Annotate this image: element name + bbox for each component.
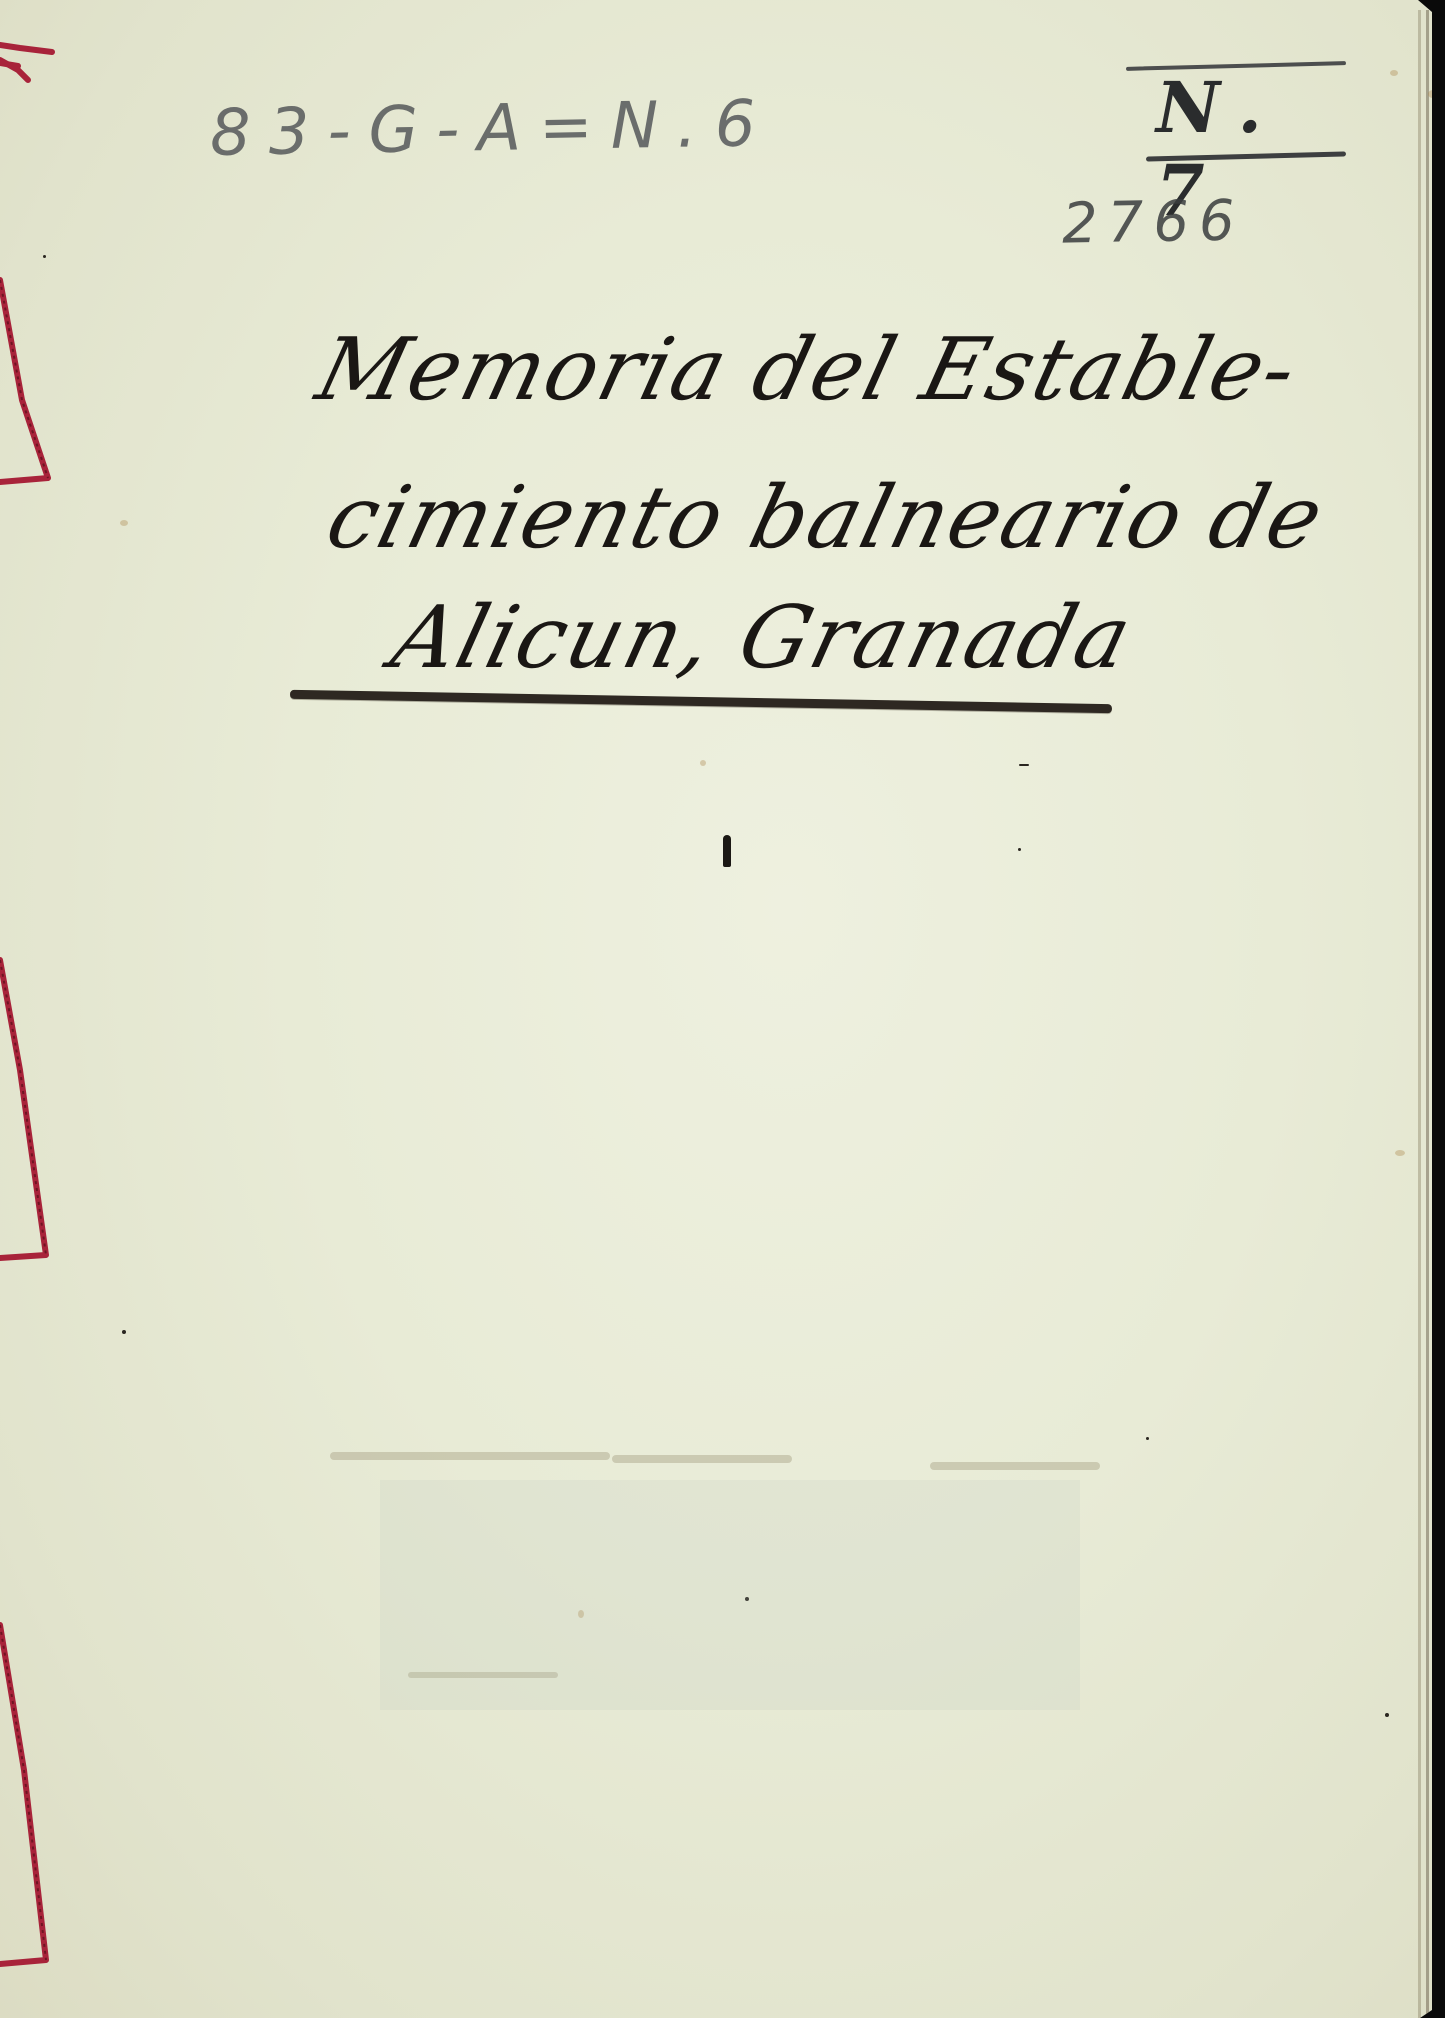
manuscript-page: 83-G-A=N.6 N. 7 2766 Memoria del Estable… bbox=[0, 0, 1432, 2018]
foxing-spot bbox=[1390, 70, 1398, 76]
speck bbox=[1385, 1713, 1389, 1717]
speck bbox=[122, 1330, 126, 1334]
foxing-spot bbox=[700, 760, 706, 766]
inventory-number: 2766 bbox=[1061, 188, 1245, 256]
speck bbox=[1019, 764, 1029, 766]
speck bbox=[43, 255, 46, 258]
document-number: N. 7 bbox=[1126, 56, 1346, 166]
speck bbox=[1146, 1437, 1149, 1440]
page-edge bbox=[1418, 10, 1421, 2018]
title-line: Alicun, Granada bbox=[383, 588, 1143, 688]
bleed-through-line bbox=[930, 1462, 1100, 1470]
bleed-through-line bbox=[330, 1452, 610, 1460]
ink-mark bbox=[723, 835, 731, 867]
foxing-spot bbox=[120, 520, 128, 526]
title-line: cimiento balneario de bbox=[318, 468, 1335, 568]
title-underline bbox=[290, 690, 1112, 713]
foxing-spot bbox=[1395, 1150, 1405, 1156]
foxing-spot bbox=[1428, 90, 1438, 98]
bleed-through-area bbox=[380, 1480, 1080, 1710]
speck bbox=[1018, 848, 1021, 851]
shelfmark: 83-G-A=N.6 bbox=[209, 87, 774, 171]
page-edge bbox=[1426, 10, 1429, 2018]
title-line: Memoria del Estable- bbox=[308, 320, 1308, 420]
bleed-through-line bbox=[612, 1455, 792, 1463]
